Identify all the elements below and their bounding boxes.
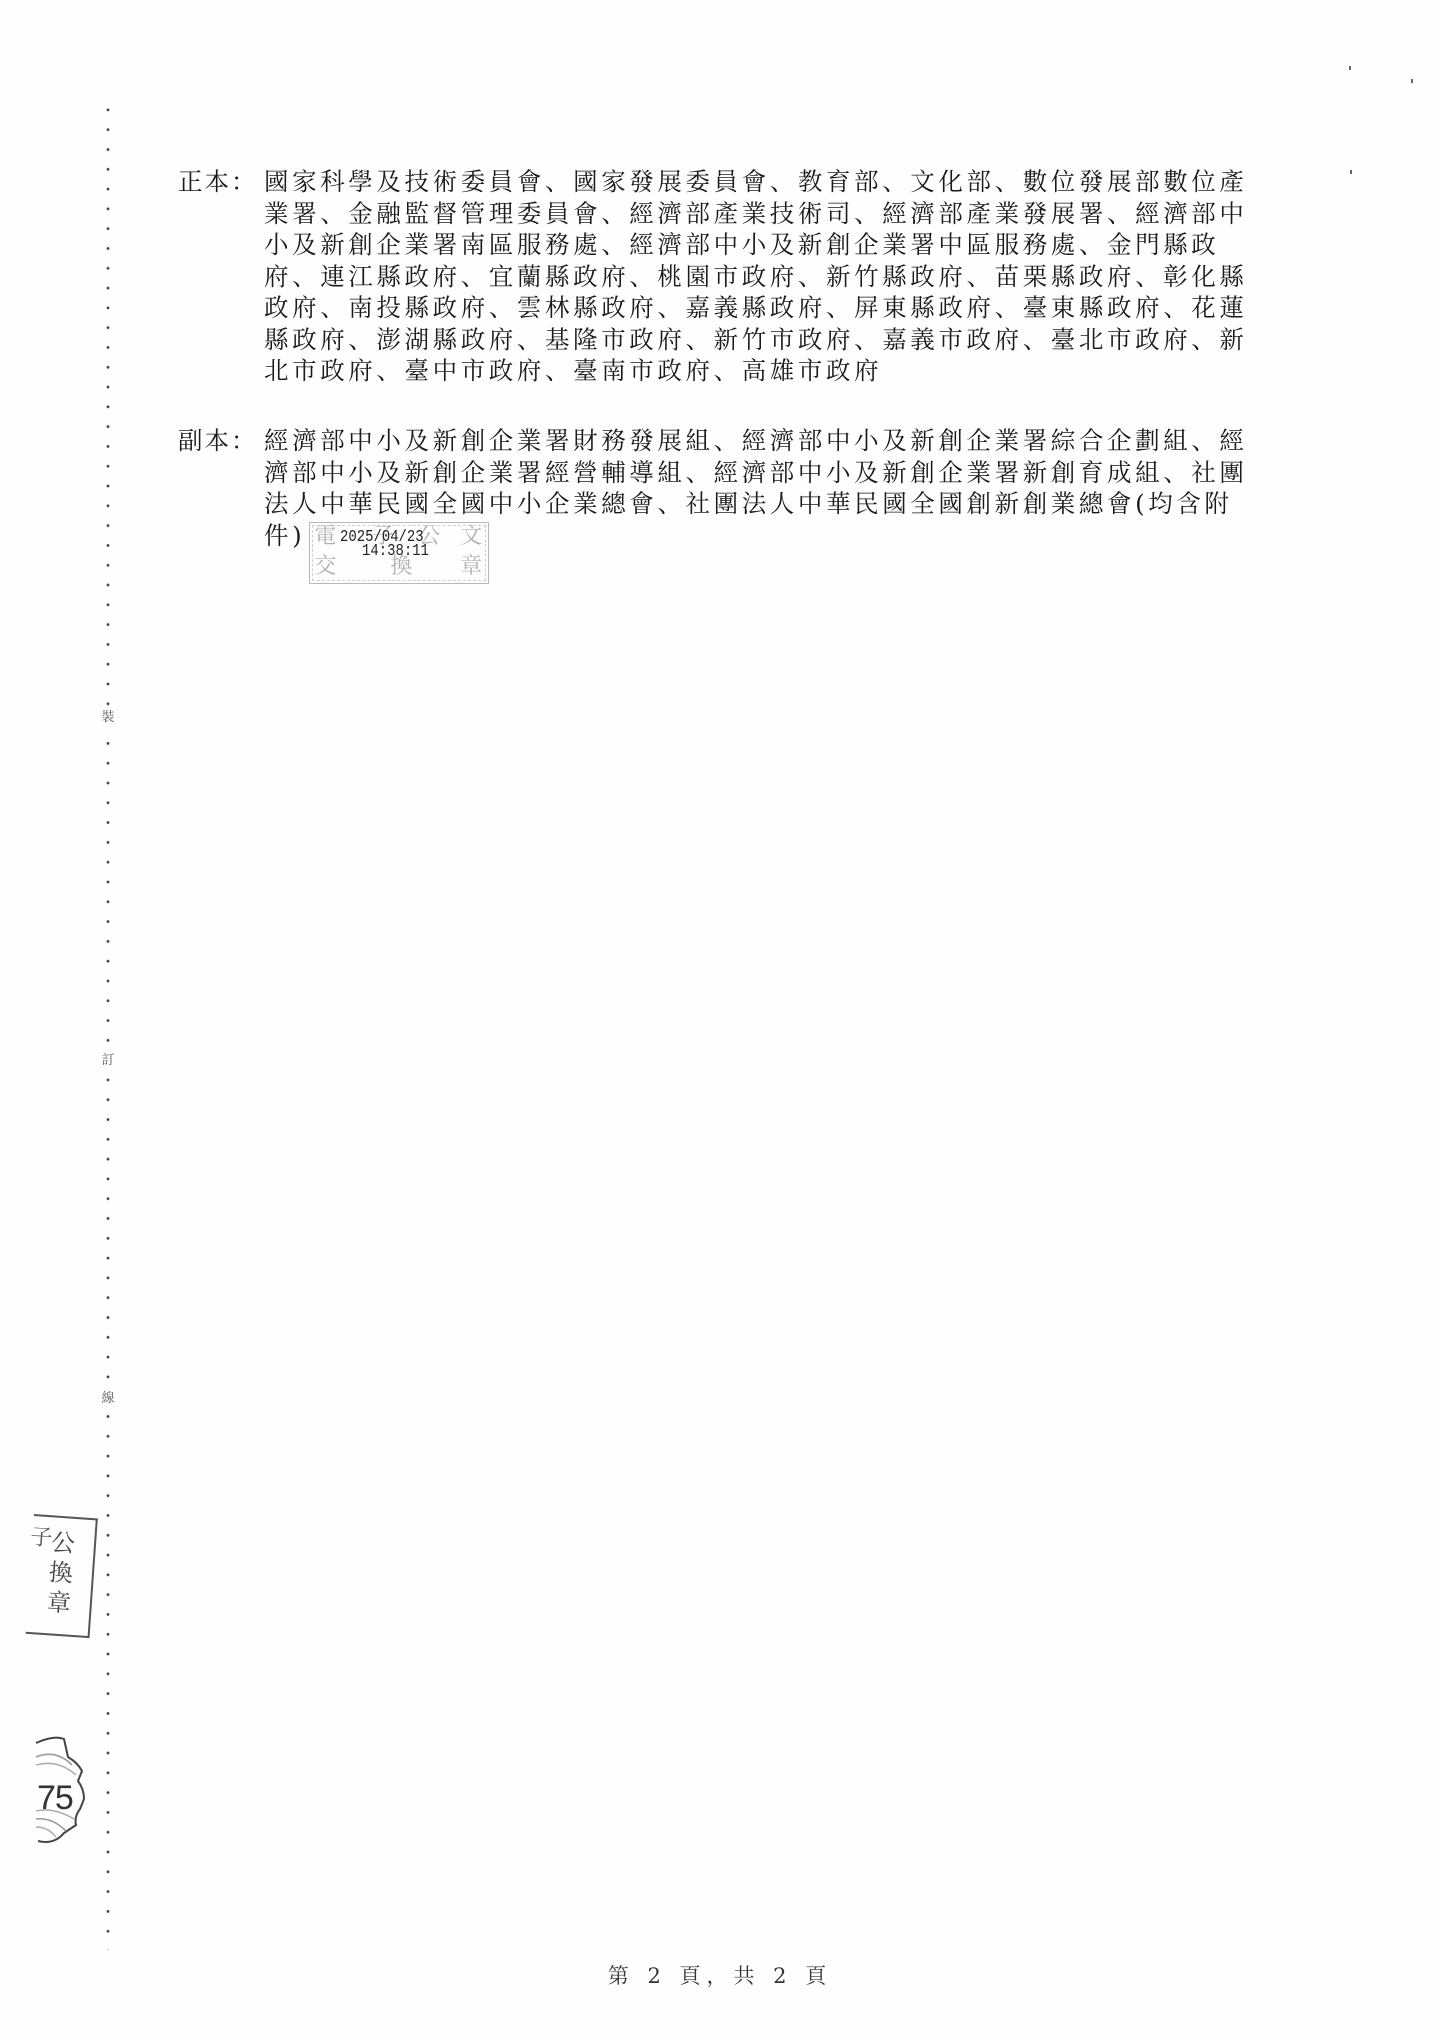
stamp-char: 章 [460, 555, 482, 579]
scan-speck [1350, 170, 1352, 174]
scan-speck [1349, 66, 1351, 70]
seal-char: 章 [45, 1587, 73, 1619]
copy-recipients: 經濟部中小及新創企業署財務發展組、經濟部中小及新創企業署綜合企劃組、經 濟部中小… [264, 425, 1298, 584]
document-page: 裝 訂 線 正本： 國家科學及技術委員會、國家發展委員會、教育部、文化部、數位發… [0, 0, 1440, 2037]
page-indicator: 第 2 頁，共 2 頁 [0, 1960, 1440, 1990]
primary-line: 小及新創企業署南區服務處、經濟部中小及新創企業署中區服務處、金門縣政 [264, 229, 1298, 261]
primary-line: 府、連江縣政府、宜蘭縣政府、桃園市政府、新竹縣政府、苗栗縣政府、彰化縣 [264, 261, 1298, 293]
copy-line-last: 件) 電 子 公 文 交 換 章 2025/04/23 14:38:11 [264, 520, 1298, 584]
margin-seal-stamp: 子 公 換 章 [26, 1514, 98, 1638]
primary-line: 北市政府、臺中市政府、臺南市政府、高雄市政府 [264, 355, 1298, 387]
stamp-time: 14:38:11 [362, 543, 429, 560]
primary-line: 政府、南投縣政府、雲林縣政府、嘉義縣政府、屏東縣政府、臺東縣政府、花蓮 [264, 292, 1298, 324]
copy-label: 副本： [178, 425, 264, 457]
stamp-char: 電 [314, 525, 336, 549]
copy-line: 經濟部中小及新創企業署財務發展組、經濟部中小及新創企業署綜合企劃組、經 [264, 425, 1298, 457]
primary-recipients: 國家科學及技術委員會、國家發展委員會、教育部、文化部、數位發展部數位產 業署、金… [264, 166, 1298, 387]
margin-page-number-stamp: 75 [34, 1735, 88, 1847]
distribution-primary: 正本： 國家科學及技術委員會、國家發展委員會、教育部、文化部、數位發展部數位產 … [178, 166, 1298, 387]
distribution-copy: 副本： 經濟部中小及新創企業署財務發展組、經濟部中小及新創企業署綜合企劃組、經 … [178, 425, 1298, 584]
binding-label-xian: 線 [100, 1391, 116, 1407]
binding-dotted-line [104, 100, 112, 1950]
copy-last-text: 件) [264, 521, 305, 550]
seal-char: 公 [49, 1527, 77, 1559]
page-number-stamp-text: 75 [37, 1779, 73, 1818]
copy-line: 法人中華民國全國中小企業總會、社團法人中華民國全國創新創業總會(均含附 [264, 488, 1298, 520]
primary-line: 縣政府、澎湖縣政府、基隆市政府、新竹市政府、嘉義市政府、臺北市政府、新 [264, 324, 1298, 356]
binding-label-zhuang: 裝 [100, 710, 116, 726]
binding-label-ding: 訂 [100, 1053, 116, 1069]
scan-speck [1411, 79, 1413, 83]
primary-label: 正本： [178, 166, 264, 198]
stamp-char: 交 [314, 555, 336, 579]
electronic-exchange-stamp: 電 子 公 文 交 換 章 2025/04/23 14:38:11 [309, 522, 489, 584]
seal-chars: 公 換 章 [45, 1527, 77, 1619]
primary-line: 業署、金融監督管理委員會、經濟部產業技術司、經濟部產業發展署、經濟部中 [264, 198, 1298, 230]
copy-line: 濟部中小及新創企業署經營輔導組、經濟部中小及新創企業署新創育成組、社團 [264, 457, 1298, 489]
seal-char: 換 [47, 1557, 75, 1589]
stamp-char: 文 [460, 525, 482, 549]
primary-line: 國家科學及技術委員會、國家發展委員會、教育部、文化部、數位發展部數位產 [264, 166, 1298, 198]
